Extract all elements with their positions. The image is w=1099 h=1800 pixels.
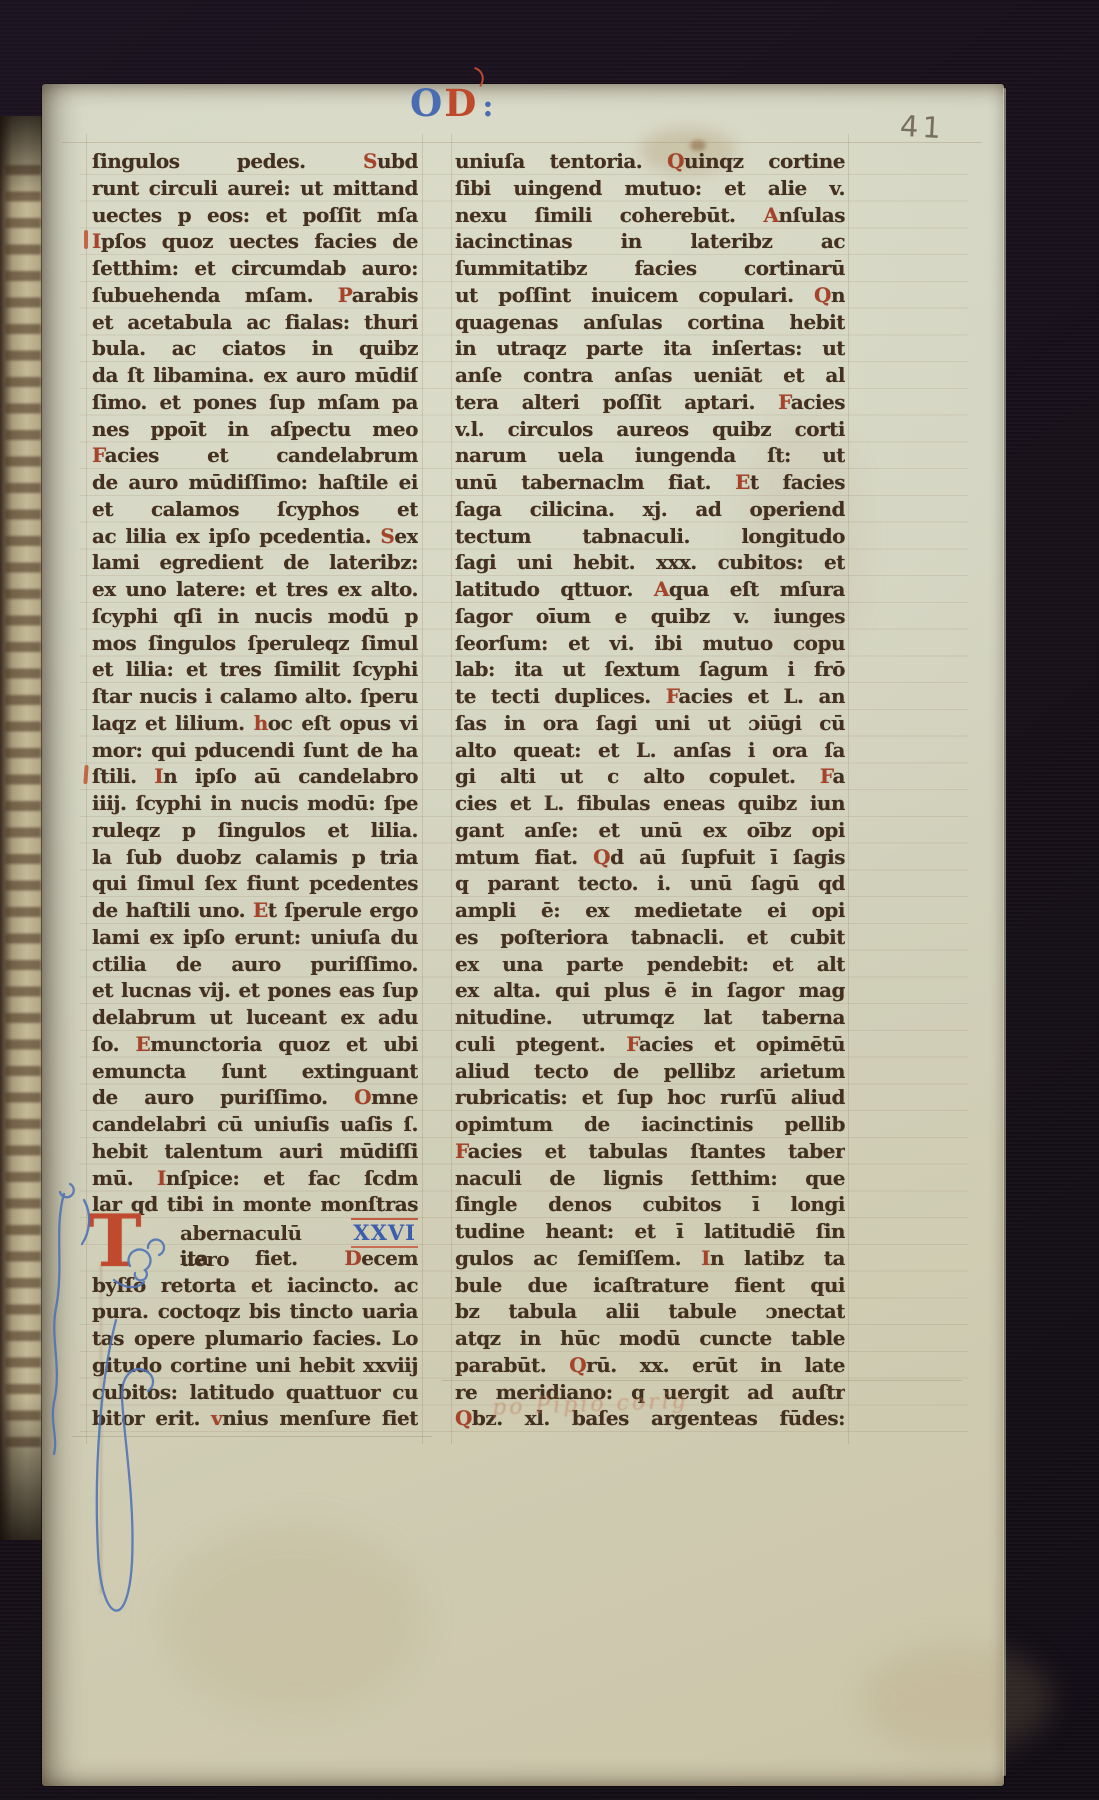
text-line: et lucnas vij. et pones eas ſup can bbox=[92, 977, 418, 1004]
text-line: mtum fiat. Qd aū ſupfuit ī ſagis bbox=[455, 844, 845, 871]
parchment-stain bbox=[862, 1644, 1052, 1754]
text-line: de auro mūdiſſimo: haſtile ei bbox=[92, 469, 418, 496]
text-line: ſummitatibz facies cortinarū bbox=[455, 255, 845, 282]
text-line: emuncta ſunt extinguant fiant bbox=[92, 1058, 418, 1085]
text-line: mor: qui pducendi ſunt de ha bbox=[92, 737, 418, 764]
text-line: laqz et lilium. hoc eſt opus vi cala bbox=[92, 710, 418, 737]
chapter-start: T abernaculū uero XXVI ita fiet. Decem c… bbox=[92, 1218, 418, 1432]
text-line: ſtili. In ipſo aū candelabro erūt bbox=[92, 763, 418, 790]
text-line: bitor erit. vnius menſure fiet bbox=[92, 1405, 418, 1432]
text-line: te tecti duplices. Facies et L. an bbox=[455, 683, 845, 710]
chapter-lines: byſſo retorta et iacincto. ac purpura. c… bbox=[92, 1272, 418, 1433]
text-line: cies et L. fibulas eneas quibz iun bbox=[455, 790, 845, 817]
text-line: de auro puriſſimo. Omne pond bbox=[92, 1084, 418, 1111]
running-title-letter-o: O bbox=[410, 81, 444, 125]
folio-number: 41 bbox=[899, 109, 946, 145]
text-line: alto queat: et L. anſas i ora ſa bbox=[455, 737, 845, 764]
gutter-shadow bbox=[0, 116, 48, 1540]
text-line: qui ſimul ſex fiunt pcedentes bbox=[92, 870, 418, 897]
text-line: mū. Inſpice: et fac ſcdm exemp bbox=[92, 1165, 418, 1192]
text-line: la ſub duobz calamis p tria loca bbox=[92, 844, 418, 871]
text-line: lami ex ipſo erunt: uniuſa du bbox=[92, 924, 418, 951]
text-line: naculi de lignis ſetthim: que bbox=[455, 1165, 845, 1192]
text-lines: uniuſa tentoria. Quinqz cortineſibi uing… bbox=[455, 148, 845, 1432]
text-line: lami egredient de lateribz: tres bbox=[92, 549, 418, 576]
text-line: Ipſos quoz uectes facies de lignis bbox=[92, 228, 418, 255]
text-line: ſas in ora ſagi uni ut ɔiūgi cū bbox=[455, 710, 845, 737]
text-line: lab: ita ut ſextum ſagum i frō bbox=[455, 656, 845, 683]
text-line: ſtar nucis i calamo alto. ſperu bbox=[92, 683, 418, 710]
text-line: iacinctinas in lateribz ac bbox=[455, 228, 845, 255]
paragraph-mark bbox=[83, 765, 88, 784]
column-guide-line bbox=[86, 134, 87, 1444]
text-line: bula. ac ciatos in quibz offeren bbox=[92, 335, 418, 362]
text-line: aliud tecto de pellibz arietum bbox=[455, 1058, 845, 1085]
text-line: q parant tecto. i. unū ſagū qd bbox=[455, 870, 845, 897]
text-line: gitudo cortine uni hebit xxviij bbox=[92, 1352, 418, 1379]
text-line: ſo. Emunctoria quoz et ubi que bbox=[92, 1031, 418, 1058]
text-line: culi ptegent. Facies et opimētū bbox=[455, 1031, 845, 1058]
text-line: Facies et candelabrum ductile bbox=[92, 442, 418, 469]
text-line: et calamos ſcyphos et ſperulas bbox=[92, 496, 418, 523]
text-line: parabūt. Qrū. xx. erūt in late bbox=[455, 1352, 845, 1379]
text-line: ac lilia ex ipſo pcedentia. Sex ca bbox=[92, 523, 418, 550]
text-line: atqz in hūc modū cuncte table bbox=[455, 1325, 845, 1352]
text-line: et acetabula ac fialas: thuri bbox=[92, 309, 418, 336]
text-line: narum uela iungenda ſt: ut bbox=[455, 442, 845, 469]
text-line: ita fiet. Decem cortinas de bbox=[180, 1245, 418, 1272]
chapter-initial: T bbox=[88, 1206, 141, 1276]
text-line: ſingle denos cubitos ī longi bbox=[455, 1191, 845, 1218]
text-line: anſe contra anſas ueniāt et al bbox=[455, 362, 845, 389]
text-line: uectes p eos: et poſſit mſa portari bbox=[92, 202, 418, 229]
text-line: nes ppoīt in aſpectu meo ſemp. bbox=[92, 416, 418, 443]
text-column-right: uniuſa tentoria. Quinqz cortineſibi uing… bbox=[455, 148, 845, 1432]
running-title: OD: bbox=[410, 86, 495, 128]
text-line: ex una parte pendebit: et alt bbox=[455, 951, 845, 978]
text-line: de haſtili uno. Et ſperule ergo et ca bbox=[92, 897, 418, 924]
text-lines: ſingulos pedes. Subd coronam erunt circu… bbox=[92, 148, 418, 1218]
text-line: ut poſſint inuicem copulari. Qn bbox=[455, 282, 845, 309]
text-line: bz tabula alii tabule ɔnectat bbox=[455, 1298, 845, 1325]
text-line: ſibi uingend mutuo: et alie v. bbox=[455, 175, 845, 202]
text-line: tudine heant: et ī latitudiē ſin bbox=[455, 1218, 845, 1245]
chapter-first-line: abernaculū uero XXVI bbox=[180, 1218, 418, 1245]
text-line: cubitos: latitudo quattuor cu bbox=[92, 1379, 418, 1406]
text-line: quagenas anſulas cortina hebit bbox=[455, 309, 845, 336]
text-line: opimtum de iacinctinis pellib bbox=[455, 1111, 845, 1138]
text-line: candelabri cū uniuſis uaſis ſ. bbox=[92, 1111, 418, 1138]
text-line: ſcyphi qſi in nucis modū p cala bbox=[92, 603, 418, 630]
text-line: ſubuehenda mſam. Parabis bbox=[92, 282, 418, 309]
text-line: es poſteriora tabnacli. et cubit bbox=[455, 924, 845, 951]
text-line: mos ſingulos ſperuleqz ſimul bbox=[92, 630, 418, 657]
text-line: ſingulos pedes. Subd coronam e bbox=[92, 148, 418, 175]
text-line: tera alteri poſſit aptari. Facies bbox=[455, 389, 845, 416]
paragraph-mark bbox=[84, 230, 88, 249]
manuscript-photo: OD: 41 ſingulos pedes. Subd coronam erun… bbox=[0, 0, 1099, 1800]
column-guide-line bbox=[422, 134, 423, 1444]
text-line: gulos ac ſemiſſem. In latibz ta bbox=[455, 1245, 845, 1272]
text-line: ſagor oīum e quibz v. iunges bbox=[455, 603, 845, 630]
text-line: da ſt libamina. ex auro mūdiſ bbox=[92, 362, 418, 389]
text-line: ampli ē: ex medietate ei opi bbox=[455, 897, 845, 924]
text-line: et lilia: et tres ſimilit ſcyphi in bbox=[92, 656, 418, 683]
text-line: ruleqz p ſingulos et lilia. Speru bbox=[92, 817, 418, 844]
text-line: in utraqz parte ita inſertas: ut bbox=[455, 335, 845, 362]
text-line: v.l. circulos aureos quibz corti bbox=[455, 416, 845, 443]
text-line: ſeorſum: et vi. ibi mutuo copu bbox=[455, 630, 845, 657]
running-title-letter-d: D bbox=[444, 81, 478, 125]
text-line: ſagi uni hebit. xxx. cubitos: et bbox=[455, 549, 845, 576]
column-guide-line bbox=[451, 134, 452, 1444]
text-line: ctilia de auro puriſſimo. Facies bbox=[92, 951, 418, 978]
text-line: hebit talentum auri mūdiſſi bbox=[92, 1138, 418, 1165]
text-line: Facies et tabulas ſtantes taber bbox=[455, 1138, 845, 1165]
manuscript-page: OD: 41 ſingulos pedes. Subd coronam erun… bbox=[42, 84, 1004, 1786]
text-line: latitudo qttuor. Aqua eſt mſura bbox=[455, 576, 845, 603]
text-line: bule due icaſtrature fient qui bbox=[455, 1272, 845, 1299]
ruling-top-line bbox=[62, 142, 982, 143]
text-line: iiij. ſcyphi in nucis modū: ſpe bbox=[92, 790, 418, 817]
column-guide-line bbox=[848, 134, 849, 1444]
text-line: rubricatis: et ſup hoc rurſū aliud bbox=[455, 1084, 845, 1111]
text-line: ſetthim: et circumdab auro: ad bbox=[92, 255, 418, 282]
ruling-bottom-line-left bbox=[72, 1436, 432, 1437]
text-line: ex alta. qui plus ē in ſagor mag bbox=[455, 977, 845, 1004]
text-line: gant anſe: et unū ex oībz opi bbox=[455, 817, 845, 844]
text-line: tectum tabnaculi. longitudo bbox=[455, 523, 845, 550]
text-line: tas opere plumario facies. Lo bbox=[92, 1325, 418, 1352]
text-line: gi alti ut c alto copulet. Fa bbox=[455, 763, 845, 790]
text-line: delabrum ut luceant ex adu bbox=[92, 1004, 418, 1031]
parchment-stain bbox=[162, 1524, 422, 1714]
text-line: ſimo. et pones ſup mſam pa bbox=[92, 389, 418, 416]
text-line: nexu ſimili coherebūt. Anſulas bbox=[455, 202, 845, 229]
text-line: nitudine. utrumqz lat taberna bbox=[455, 1004, 845, 1031]
text-line: runt circuli aurei: ut mittand bbox=[92, 175, 418, 202]
text-line: unū tabernaclm fiat. Et facies bbox=[455, 469, 845, 496]
text-line: ex uno latere: et tres ex alto. Tres bbox=[92, 576, 418, 603]
text-line: pura. coctoqz bis tincto uaria bbox=[92, 1298, 418, 1325]
chapter-number: XXVI bbox=[351, 1218, 418, 1248]
text-line: uniuſa tentoria. Quinqz cortine bbox=[455, 148, 845, 175]
text-line: ſaga cilicina. xj. ad operiend bbox=[455, 496, 845, 523]
facing-page-edge bbox=[0, 116, 48, 1540]
text-column-left: ſingulos pedes. Subd coronam erunt circu… bbox=[92, 148, 418, 1432]
running-title-punctuation: : bbox=[482, 89, 495, 124]
